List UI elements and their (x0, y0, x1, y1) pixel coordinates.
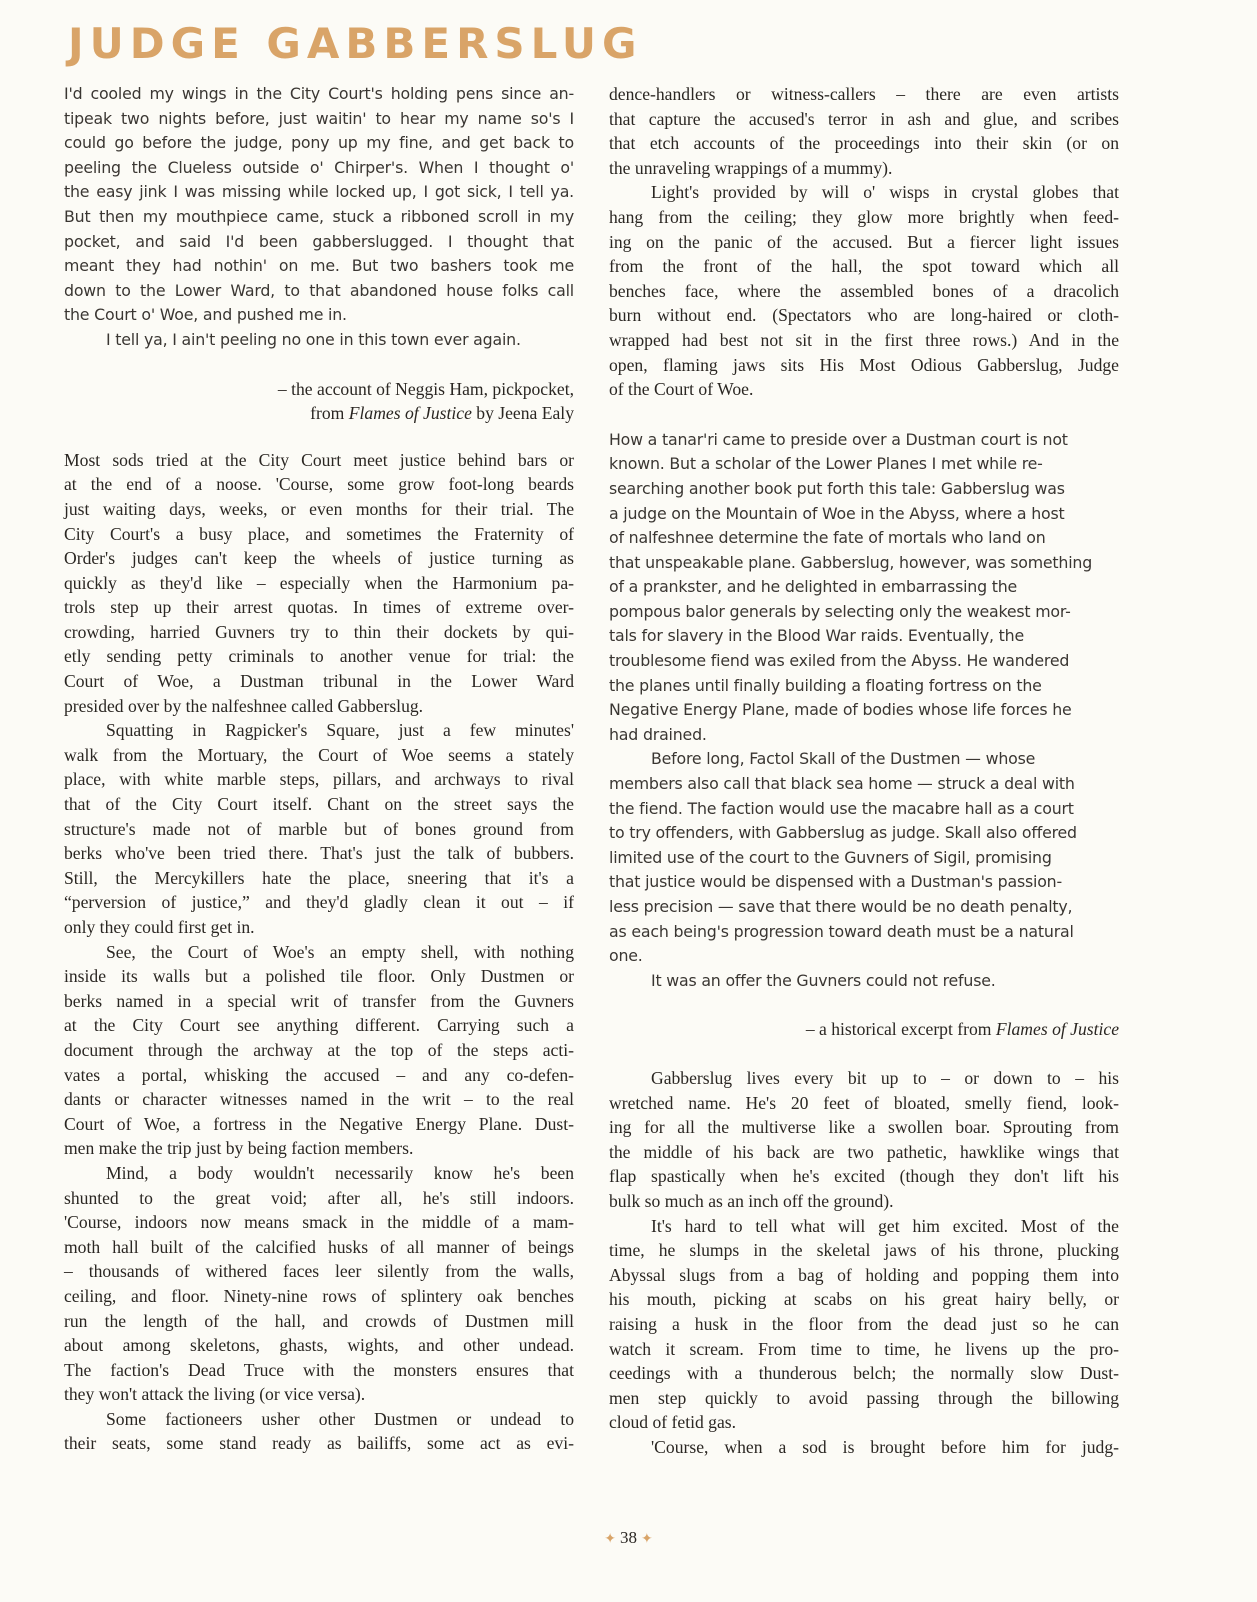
text-line: that of the City Court itself. Chant on … (64, 792, 574, 817)
book-title: Flames of Justice (349, 403, 472, 423)
text-line: pocket, and said I'd been gabberslugged.… (64, 230, 574, 255)
text-line: that etch accounts of the proceedings in… (609, 131, 1119, 156)
excerpt-attribution: – a historical excerpt from Flames of Ju… (609, 1017, 1119, 1042)
attribution-text: by Jeena Ealy (472, 403, 574, 423)
text-line: men step quickly to avoid passing throug… (609, 1386, 1119, 1411)
text-line: troublesome fiend was exiled from the Ab… (609, 649, 1119, 674)
attribution-line: – a historical excerpt from Flames of Ju… (609, 1017, 1119, 1042)
text-line: wretched name. He's 20 feet of bloated, … (609, 1091, 1119, 1116)
text-line: the unraveling wrappings of a mummy). (609, 156, 1119, 181)
text-line: Some factioneers usher other Dustmen or … (64, 1407, 574, 1432)
text-line: his mouth, picking at scabs on his great… (609, 1287, 1119, 1312)
text-line: less precision — save that there would b… (609, 895, 1119, 920)
text-line: hang from the ceiling; they glow more br… (609, 205, 1119, 230)
text-line: one. (609, 944, 1119, 969)
text-line: to try offenders, with Gabberslug as jud… (609, 821, 1119, 846)
diamond-icon: ✦ (604, 1532, 616, 1547)
body-text-bottom: Gabberslug lives every bit up to – or do… (609, 1066, 1119, 1460)
attribution-text: from (310, 403, 349, 423)
text-line: place, with white marble steps, pillars,… (64, 767, 574, 792)
text-line: the Court o' Woe, and pushed me in. (64, 303, 574, 328)
text-line: ceedings with a thunderous belch; the no… (609, 1361, 1119, 1386)
body-text-top: dence-handlers or witness-callers – ther… (609, 82, 1119, 402)
text-line: I'd cooled my wings in the City Court's … (64, 82, 574, 107)
text-line: 'Course, indoors now means smack in the … (64, 1210, 574, 1235)
text-line: of the Court of Woe. (609, 377, 1119, 402)
text-line: tals for slavery in the Blood War raids.… (609, 624, 1119, 649)
left-column: I'd cooled my wings in the City Court's … (64, 82, 574, 1456)
text-line: of a prankster, and he delighted in emba… (609, 575, 1119, 600)
text-line: at the City Court see anything different… (64, 1013, 574, 1038)
text-line: berks named in a special writ of transfe… (64, 989, 574, 1014)
text-line: just waiting days, weeks, or even months… (64, 497, 574, 522)
text-line: wrapped had best not sit in the first th… (609, 328, 1119, 353)
text-line: searching another book put forth this ta… (609, 477, 1119, 502)
text-line: crowding, harried Guvners try to thin th… (64, 620, 574, 645)
text-line: they won't attack the living (or vice ve… (64, 1382, 574, 1407)
text-line: It's hard to tell what will get him exci… (609, 1214, 1119, 1239)
text-line: known. But a scholar of the Lower Planes… (609, 452, 1119, 477)
text-line: had drained. (609, 723, 1119, 748)
text-line: Still, the Mercykillers hate the place, … (64, 866, 574, 891)
text-line: Squatting in Ragpicker's Square, just a … (64, 718, 574, 743)
text-line: watch it scream. From time to time, he l… (609, 1337, 1119, 1362)
text-line: Gabberslug lives every bit up to – or do… (609, 1066, 1119, 1091)
text-line: document through the archway at the top … (64, 1038, 574, 1063)
text-line: vates a portal, whisking the accused – a… (64, 1063, 574, 1088)
text-line: men make the trip just by being faction … (64, 1136, 574, 1161)
text-line: dants or character witnesses named in th… (64, 1087, 574, 1112)
text-line: at the end of a noose. 'Course, some gro… (64, 472, 574, 497)
text-line: from the front of the hall, the spot tow… (609, 254, 1119, 279)
text-line: trols step up their arrest quotas. In ti… (64, 595, 574, 620)
text-line: run the length of the hall, and crowds o… (64, 1309, 574, 1334)
text-line: I tell ya, I ain't peeling no one in thi… (64, 328, 574, 353)
text-line: their seats, some stand ready as bailiff… (64, 1431, 574, 1456)
text-line: “perversion of justice,” and they'd glad… (64, 890, 574, 915)
text-line: could go before the judge, pony up my fi… (64, 131, 574, 156)
text-line: Before long, Factol Skall of the Dustmen… (609, 747, 1119, 772)
text-line: Order's judges can't keep the wheels of … (64, 546, 574, 571)
text-line: the easy jink I was missing while locked… (64, 180, 574, 205)
text-line: ceiling, and floor. Ninety-nine rows of … (64, 1284, 574, 1309)
text-line: But then my mouthpiece came, stuck a rib… (64, 205, 574, 230)
text-line: as each being's progression toward death… (609, 920, 1119, 945)
page-footer: ✦38✦ (0, 1528, 1257, 1548)
text-line: raising a husk in the floor from the dea… (609, 1312, 1119, 1337)
text-line: quickly as they'd like – especially when… (64, 571, 574, 596)
text-line: Court of Woe, a Dustman tribunal in the … (64, 669, 574, 694)
text-line: members also call that black sea home — … (609, 772, 1119, 797)
text-line: presided over by the nalfeshnee called G… (64, 694, 574, 719)
historical-excerpt: How a tanar'ri came to preside over a Du… (609, 428, 1119, 994)
body-text: Most sods tried at the City Court meet j… (64, 448, 574, 1456)
page-number: 38 (620, 1528, 637, 1547)
text-line: burn without end. (Spectators who are lo… (609, 303, 1119, 328)
text-line: tipeak two nights before, just waitin' t… (64, 107, 574, 132)
text-line: shunted to the great void; after all, he… (64, 1186, 574, 1211)
text-line: open, flaming jaws sits His Most Odious … (609, 353, 1119, 378)
diamond-icon: ✦ (641, 1532, 653, 1547)
text-line: benches face, where the assembled bones … (609, 279, 1119, 304)
text-line: that unspeakable plane. Gabberslug, howe… (609, 551, 1119, 576)
text-line: City Court's a busy place, and sometimes… (64, 522, 574, 547)
text-line: bulk so much as an inch off the ground). (609, 1189, 1119, 1214)
attribution-line: – the account of Neggis Ham, pickpocket, (64, 377, 574, 402)
book-title: Flames of Justice (996, 1019, 1119, 1039)
text-line: ing on the panic of the accused. But a f… (609, 230, 1119, 255)
text-line: about among skeletons, ghasts, wights, a… (64, 1333, 574, 1358)
text-line: flap spastically when he's excited (thou… (609, 1164, 1119, 1189)
epigraph-quote: I'd cooled my wings in the City Court's … (64, 82, 574, 353)
text-line: etly sending petty criminals to another … (64, 644, 574, 669)
text-line: Most sods tried at the City Court meet j… (64, 448, 574, 473)
attribution-text: – a historical excerpt from (806, 1019, 996, 1039)
text-line: moth hall built of the calcified husks o… (64, 1235, 574, 1260)
text-line: peeling the Clueless outside o' Chirper'… (64, 156, 574, 181)
text-line: berks who've been tried there. That's ju… (64, 841, 574, 866)
text-line: 'Course, when a sod is brought before hi… (609, 1435, 1119, 1460)
text-line: Court of Woe, a fortress in the Negative… (64, 1112, 574, 1137)
text-line: See, the Court of Woe's an empty shell, … (64, 940, 574, 965)
text-line: meant they had nothin' on me. But two ba… (64, 254, 574, 279)
text-line: dence-handlers or witness-callers – ther… (609, 82, 1119, 107)
text-line: Abyssal slugs from a bag of holding and … (609, 1263, 1119, 1288)
text-line: that capture the accused's terror in ash… (609, 107, 1119, 132)
text-line: ing for all the multiverse like a swolle… (609, 1115, 1119, 1140)
text-line: the fiend. The faction would use the mac… (609, 797, 1119, 822)
text-line: pompous balor generals by selecting only… (609, 600, 1119, 625)
text-line: Light's provided by will o' wisps in cry… (609, 180, 1119, 205)
text-line: Mind, a body wouldn't necessarily know h… (64, 1161, 574, 1186)
attribution-line: from Flames of Justice by Jeena Ealy (64, 401, 574, 426)
text-line: inside its walls but a polished tile flo… (64, 964, 574, 989)
text-line: that justice would be dispensed with a D… (609, 870, 1119, 895)
text-line: The faction's Dead Truce with the monste… (64, 1358, 574, 1383)
text-line: a judge on the Mountain of Woe in the Ab… (609, 502, 1119, 527)
text-line: cloud of fetid gas. (609, 1410, 1119, 1435)
page-title: JUDGE GABBERSLUG (68, 14, 643, 74)
text-line: It was an offer the Guvners could not re… (609, 969, 1119, 994)
text-line: time, he slumps in the skeletal jaws of … (609, 1238, 1119, 1263)
text-line: only they could first get in. (64, 915, 574, 940)
text-line: – thousands of withered faces leer silen… (64, 1259, 574, 1284)
text-line: the middle of his back are two pathetic,… (609, 1140, 1119, 1165)
text-line: down to the Lower Ward, to that abandone… (64, 279, 574, 304)
text-line: structure's made not of marble but of bo… (64, 817, 574, 842)
epigraph-attribution: – the account of Neggis Ham, pickpocket,… (64, 377, 574, 426)
text-line: the planes until finally building a floa… (609, 674, 1119, 699)
text-line: of nalfeshnee determine the fate of mort… (609, 526, 1119, 551)
text-line: walk from the Mortuary, the Court of Woe… (64, 743, 574, 768)
right-column: dence-handlers or witness-callers – ther… (609, 82, 1119, 1459)
text-line: How a tanar'ri came to preside over a Du… (609, 428, 1119, 453)
text-line: limited use of the court to the Guvners … (609, 846, 1119, 871)
text-line: Negative Energy Plane, made of bodies wh… (609, 698, 1119, 723)
